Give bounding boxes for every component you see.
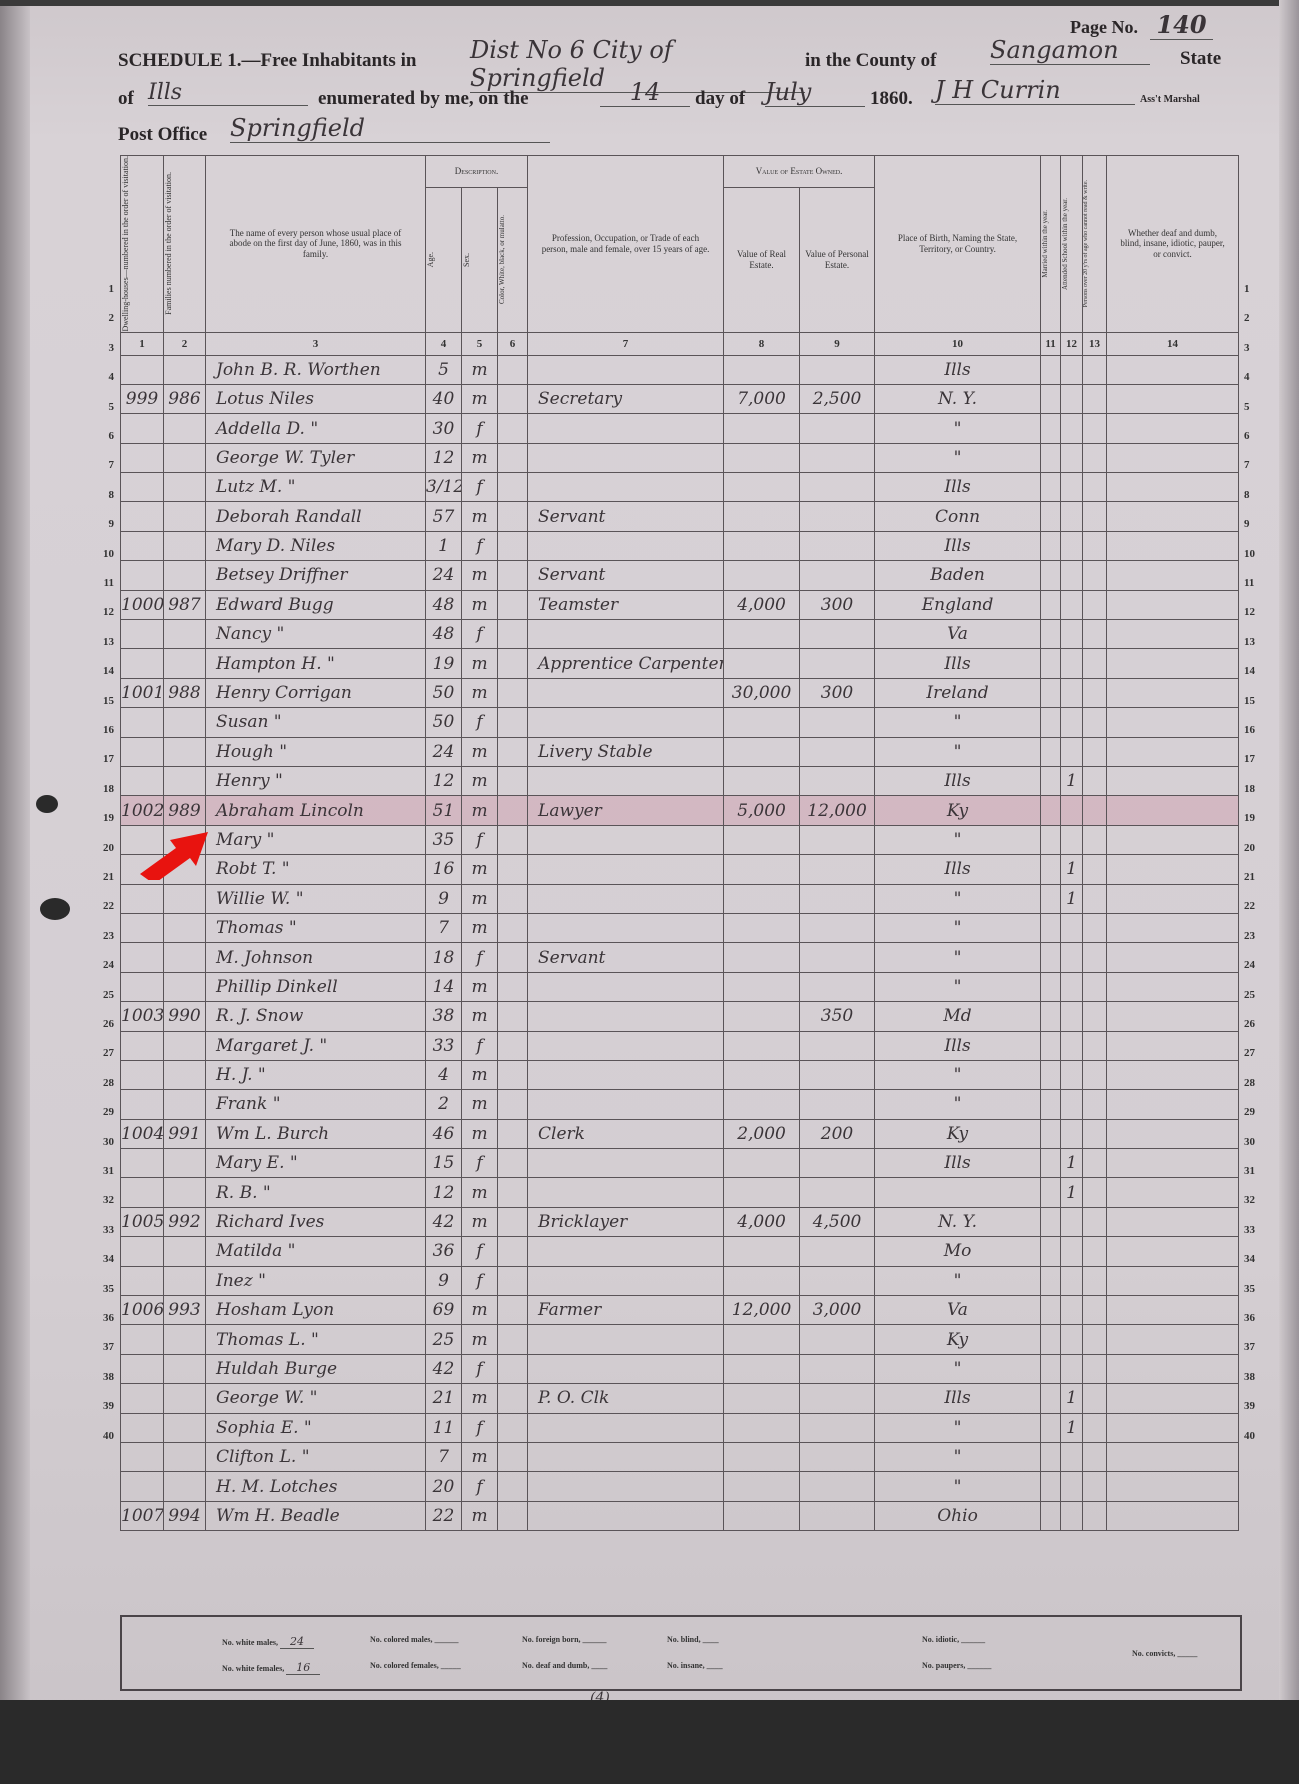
illiterate-cell xyxy=(1083,590,1107,619)
color-cell xyxy=(498,1119,528,1148)
illiterate-cell xyxy=(1083,943,1107,972)
married-cell xyxy=(1041,972,1061,1001)
real-estate-value-cell xyxy=(724,884,800,913)
occupation-cell xyxy=(528,1031,724,1060)
line-number-left: 3 xyxy=(88,342,114,354)
line-number-left: 25 xyxy=(88,989,114,1001)
scan-bottom-edge xyxy=(0,1700,1299,1784)
col-personal-estate-header: Value of Personal Estate. xyxy=(800,188,875,332)
color-cell xyxy=(498,943,528,972)
line-number-left: 34 xyxy=(88,1253,114,1265)
day-of-label: day of xyxy=(695,88,745,110)
family-number-cell xyxy=(164,1384,206,1413)
age-cell: 48 xyxy=(426,590,462,619)
census-row: Robt T. "16mIlls1 xyxy=(121,855,1239,884)
married-cell xyxy=(1041,737,1061,766)
illiterate-cell xyxy=(1083,1002,1107,1031)
census-row: 1002989Abraham Lincoln51mLawyer5,00012,0… xyxy=(121,796,1239,825)
census-row: Willie W. "9m"1 xyxy=(121,884,1239,913)
insane-label: No. insane, xyxy=(667,1661,705,1670)
married-cell xyxy=(1041,1325,1061,1354)
occupation-cell xyxy=(528,708,724,737)
census-row: Lutz M. "3/12fIlls xyxy=(121,473,1239,502)
line-number-right: 30 xyxy=(1244,1136,1270,1148)
illiterate-cell xyxy=(1083,1354,1107,1383)
age-cell: 38 xyxy=(426,1002,462,1031)
real-estate-value-cell xyxy=(724,1002,800,1031)
census-row: 1006993Hosham Lyon69mFarmer12,0003,000Va xyxy=(121,1296,1239,1325)
person-name-cell: Addella D. " xyxy=(206,414,426,443)
dwelling-number-cell xyxy=(121,649,164,678)
illiterate-cell xyxy=(1083,1237,1107,1266)
personal-estate-value-cell xyxy=(800,1325,875,1354)
attended-school-cell xyxy=(1061,796,1083,825)
married-cell xyxy=(1041,767,1061,796)
line-number-right: 16 xyxy=(1244,724,1270,736)
colored-females-label: No. colored females, xyxy=(370,1661,439,1670)
birthplace-cell: " xyxy=(875,913,1041,942)
color-cell xyxy=(498,1178,528,1207)
footer-tally: No. white males, 24 No. white females, 1… xyxy=(120,1615,1242,1691)
color-cell xyxy=(498,1384,528,1413)
line-number-left: 13 xyxy=(88,636,114,648)
occupation-cell xyxy=(528,355,724,384)
age-cell: 7 xyxy=(426,913,462,942)
illiterate-cell xyxy=(1083,855,1107,884)
attended-school-cell xyxy=(1061,913,1083,942)
color-cell xyxy=(498,1472,528,1501)
disability-cell xyxy=(1107,943,1239,972)
illiterate-cell xyxy=(1083,678,1107,707)
birthplace-cell: Ills xyxy=(875,531,1041,560)
attended-school-cell xyxy=(1061,384,1083,413)
color-cell xyxy=(498,414,528,443)
age-cell: 1 xyxy=(426,531,462,560)
real-estate-value-cell xyxy=(724,1472,800,1501)
illiterate-cell xyxy=(1083,414,1107,443)
sex-cell: f xyxy=(462,943,498,972)
occupation-cell xyxy=(528,1149,724,1178)
family-number-cell: 988 xyxy=(164,678,206,707)
convicts-label: No. convicts, xyxy=(1132,1649,1175,1658)
real-estate-value-cell: 4,000 xyxy=(724,1207,800,1236)
illiterate-cell xyxy=(1083,1384,1107,1413)
sex-cell: f xyxy=(462,473,498,502)
disability-cell xyxy=(1107,355,1239,384)
family-number-cell xyxy=(164,737,206,766)
line-number-right: 35 xyxy=(1244,1283,1270,1295)
age-cell: 5 xyxy=(426,355,462,384)
county-label: in the County of xyxy=(805,50,936,72)
occupation-cell: Servant xyxy=(528,502,724,531)
age-cell: 9 xyxy=(426,884,462,913)
census-row: John B. R. Worthen5mIlls xyxy=(121,355,1239,384)
person-name-cell: Hosham Lyon xyxy=(206,1296,426,1325)
real-estate-value-cell xyxy=(724,972,800,1001)
sex-cell: f xyxy=(462,825,498,854)
birthplace-cell: Ills xyxy=(875,473,1041,502)
personal-estate-value-cell xyxy=(800,972,875,1001)
occupation-cell xyxy=(528,473,724,502)
attended-school-cell xyxy=(1061,1354,1083,1383)
person-name-cell: John B. R. Worthen xyxy=(206,355,426,384)
line-number-left: 9 xyxy=(88,518,114,530)
dwelling-number-cell: 1002 xyxy=(121,796,164,825)
attended-school-cell: 1 xyxy=(1061,1178,1083,1207)
color-cell xyxy=(498,384,528,413)
occupation-cell xyxy=(528,1237,724,1266)
illiterate-cell xyxy=(1083,473,1107,502)
person-name-cell: Willie W. " xyxy=(206,884,426,913)
birthplace-cell: Ky xyxy=(875,1119,1041,1148)
disability-cell xyxy=(1107,1296,1239,1325)
family-number-cell xyxy=(164,1354,206,1383)
age-cell: 51 xyxy=(426,796,462,825)
birthplace-cell: Baden xyxy=(875,561,1041,590)
dwelling-number-cell xyxy=(121,531,164,560)
disability-cell xyxy=(1107,1413,1239,1442)
line-number-right: 14 xyxy=(1244,665,1270,677)
col-real-estate-header: Value of Real Estate. xyxy=(724,188,800,332)
dwelling-number-cell xyxy=(121,502,164,531)
married-cell xyxy=(1041,1384,1061,1413)
disability-cell xyxy=(1107,1002,1239,1031)
person-name-cell: Robt T. " xyxy=(206,855,426,884)
person-name-cell: Frank " xyxy=(206,1090,426,1119)
real-estate-value-cell xyxy=(724,825,800,854)
family-number-cell xyxy=(164,884,206,913)
illiterate-cell xyxy=(1083,913,1107,942)
dwelling-number-cell xyxy=(121,1354,164,1383)
person-name-cell: Wm H. Beadle xyxy=(206,1501,426,1530)
person-name-cell: H. J. " xyxy=(206,1060,426,1089)
sex-cell: m xyxy=(462,1119,498,1148)
sex-cell: m xyxy=(462,1501,498,1530)
married-cell xyxy=(1041,620,1061,649)
line-number-right: 36 xyxy=(1244,1312,1270,1324)
line-number-right: 3 xyxy=(1244,342,1270,354)
birthplace-cell: Ky xyxy=(875,1325,1041,1354)
birthplace-cell: Ills xyxy=(875,1031,1041,1060)
real-estate-value-cell xyxy=(724,708,800,737)
disability-cell xyxy=(1107,1501,1239,1530)
census-row: Frank "2m" xyxy=(121,1090,1239,1119)
family-number-cell xyxy=(164,1325,206,1354)
attended-school-cell xyxy=(1061,1472,1083,1501)
birthplace-cell: Ills xyxy=(875,649,1041,678)
birthplace-cell: Ills xyxy=(875,767,1041,796)
line-number-left: 28 xyxy=(88,1077,114,1089)
occupation-cell: Livery Stable xyxy=(528,737,724,766)
married-cell xyxy=(1041,884,1061,913)
age-cell: 25 xyxy=(426,1325,462,1354)
census-row: Clifton L. "7m" xyxy=(121,1442,1239,1471)
line-number-right: 33 xyxy=(1244,1224,1270,1236)
person-name-cell: Richard Ives xyxy=(206,1207,426,1236)
person-name-cell: R. B. " xyxy=(206,1178,426,1207)
birthplace-cell xyxy=(875,1178,1041,1207)
illiterate-cell xyxy=(1083,1031,1107,1060)
real-estate-value-cell xyxy=(724,414,800,443)
personal-estate-value-cell xyxy=(800,767,875,796)
color-cell xyxy=(498,1413,528,1442)
age-cell: 7 xyxy=(426,1442,462,1471)
value-group-header: Value of Estate Owned. xyxy=(724,156,875,188)
dwelling-number-cell xyxy=(121,972,164,1001)
line-number-right: 5 xyxy=(1244,401,1270,413)
disability-cell xyxy=(1107,502,1239,531)
family-number-cell xyxy=(164,943,206,972)
age-cell: 24 xyxy=(426,737,462,766)
person-name-cell: Inez " xyxy=(206,1266,426,1295)
birthplace-cell: " xyxy=(875,1090,1041,1119)
married-cell xyxy=(1041,384,1061,413)
color-cell xyxy=(498,737,528,766)
disability-cell xyxy=(1107,1149,1239,1178)
col-dwelling-header: Dwelling-houses—numbered in the order of… xyxy=(121,156,131,332)
occupation-cell: P. O. Clk xyxy=(528,1384,724,1413)
census-row: M. Johnson18fServant" xyxy=(121,943,1239,972)
disability-cell xyxy=(1107,473,1239,502)
occupation-cell: Servant xyxy=(528,943,724,972)
line-number-left: 22 xyxy=(88,900,114,912)
illiterate-cell xyxy=(1083,649,1107,678)
age-cell: 9 xyxy=(426,1266,462,1295)
color-cell xyxy=(498,825,528,854)
line-number-right: 27 xyxy=(1244,1047,1270,1059)
real-estate-value-cell xyxy=(724,561,800,590)
attended-school-cell xyxy=(1061,1002,1083,1031)
line-number-right: 8 xyxy=(1244,489,1270,501)
sex-cell: f xyxy=(462,1149,498,1178)
personal-estate-value-cell xyxy=(800,1384,875,1413)
line-number-left: 5 xyxy=(88,401,114,413)
occupation-cell: Servant xyxy=(528,561,724,590)
dwelling-number-cell xyxy=(121,708,164,737)
sex-cell: f xyxy=(462,414,498,443)
marshal-label: Ass't Marshal xyxy=(1140,94,1200,105)
sex-cell: m xyxy=(462,1090,498,1119)
married-cell xyxy=(1041,1296,1061,1325)
illiterate-cell xyxy=(1083,1119,1107,1148)
census-row: H. J. "4m" xyxy=(121,1060,1239,1089)
dwelling-number-cell: 1007 xyxy=(121,1501,164,1530)
blind-label: No. blind, xyxy=(667,1635,701,1644)
person-name-cell: Edward Bugg xyxy=(206,590,426,619)
birthplace-cell: Mo xyxy=(875,1237,1041,1266)
married-cell xyxy=(1041,502,1061,531)
married-cell xyxy=(1041,825,1061,854)
attended-school-cell: 1 xyxy=(1061,855,1083,884)
family-number-cell xyxy=(164,502,206,531)
line-number-left: 29 xyxy=(88,1106,114,1118)
personal-estate-value-cell xyxy=(800,708,875,737)
real-estate-value-cell xyxy=(724,473,800,502)
personal-estate-value-cell xyxy=(800,1178,875,1207)
dwelling-number-cell xyxy=(121,1031,164,1060)
line-number-right: 37 xyxy=(1244,1341,1270,1353)
person-name-cell: Mary D. Niles xyxy=(206,531,426,560)
married-cell xyxy=(1041,1266,1061,1295)
personal-estate-value-cell: 12,000 xyxy=(800,796,875,825)
real-estate-value-cell xyxy=(724,502,800,531)
birthplace-cell: " xyxy=(875,943,1041,972)
line-number-right: 13 xyxy=(1244,636,1270,648)
person-name-cell: Margaret J. " xyxy=(206,1031,426,1060)
attended-school-cell xyxy=(1061,1031,1083,1060)
month-value: July xyxy=(765,78,865,107)
illiterate-cell xyxy=(1083,737,1107,766)
dwelling-number-cell: 999 xyxy=(121,384,164,413)
age-cell: 69 xyxy=(426,1296,462,1325)
real-estate-value-cell xyxy=(724,737,800,766)
line-number-right: 28 xyxy=(1244,1077,1270,1089)
line-number-right: 1 xyxy=(1244,283,1270,295)
attended-school-cell: 1 xyxy=(1061,1149,1083,1178)
illiterate-cell xyxy=(1083,884,1107,913)
dwelling-number-cell xyxy=(121,355,164,384)
real-estate-value-cell: 12,000 xyxy=(724,1296,800,1325)
dwelling-number-cell xyxy=(121,884,164,913)
line-number-left: 18 xyxy=(88,783,114,795)
personal-estate-value-cell xyxy=(800,825,875,854)
occupation-cell xyxy=(528,1442,724,1471)
census-row: Thomas "7m" xyxy=(121,913,1239,942)
attended-school-cell xyxy=(1061,972,1083,1001)
family-number-cell: 992 xyxy=(164,1207,206,1236)
color-cell xyxy=(498,767,528,796)
illiterate-cell xyxy=(1083,1413,1107,1442)
illiterate-cell xyxy=(1083,1090,1107,1119)
person-name-cell: Abraham Lincoln xyxy=(206,796,426,825)
sex-cell: f xyxy=(462,1354,498,1383)
family-number-cell xyxy=(164,913,206,942)
family-number-cell xyxy=(164,355,206,384)
dwelling-number-cell xyxy=(121,414,164,443)
illiterate-cell xyxy=(1083,1178,1107,1207)
sex-cell: m xyxy=(462,1207,498,1236)
line-number-left: 6 xyxy=(88,430,114,442)
age-cell: 12 xyxy=(426,767,462,796)
line-number-left: 23 xyxy=(88,930,114,942)
enumerated-label: enumerated by me, on the xyxy=(318,88,529,110)
line-number-left: 2 xyxy=(88,312,114,324)
age-cell: 3/12 xyxy=(426,473,462,502)
occupation-cell xyxy=(528,1002,724,1031)
attended-school-cell: 1 xyxy=(1061,1384,1083,1413)
personal-estate-value-cell xyxy=(800,1060,875,1089)
illiterate-cell xyxy=(1083,1442,1107,1471)
birthplace-cell: Ills xyxy=(875,355,1041,384)
age-cell: 22 xyxy=(426,1501,462,1530)
sex-cell: f xyxy=(462,1237,498,1266)
age-cell: 42 xyxy=(426,1207,462,1236)
occupation-cell xyxy=(528,913,724,942)
real-estate-value-cell xyxy=(724,355,800,384)
color-cell xyxy=(498,649,528,678)
dwelling-number-cell xyxy=(121,1266,164,1295)
line-number-left: 33 xyxy=(88,1224,114,1236)
married-cell xyxy=(1041,708,1061,737)
age-cell: 15 xyxy=(426,1149,462,1178)
real-estate-value-cell: 2,000 xyxy=(724,1119,800,1148)
sex-cell: f xyxy=(462,1472,498,1501)
dwelling-number-cell xyxy=(121,1060,164,1089)
disability-cell xyxy=(1107,796,1239,825)
person-name-cell: Hough " xyxy=(206,737,426,766)
person-name-cell: Nancy " xyxy=(206,620,426,649)
census-row: Henry "12mIlls1 xyxy=(121,767,1239,796)
age-cell: 16 xyxy=(426,855,462,884)
family-number-cell: 987 xyxy=(164,590,206,619)
person-name-cell: M. Johnson xyxy=(206,943,426,972)
occupation-cell xyxy=(528,443,724,472)
attended-school-cell xyxy=(1061,943,1083,972)
occupation-cell xyxy=(528,1413,724,1442)
personal-estate-value-cell xyxy=(800,1266,875,1295)
personal-estate-value-cell xyxy=(800,561,875,590)
age-cell: 14 xyxy=(426,972,462,1001)
illiterate-cell xyxy=(1083,708,1107,737)
col-illiterate-header: Persons over 20 y'rs of age who cannot r… xyxy=(1083,180,1090,307)
illiterate-cell xyxy=(1083,1266,1107,1295)
personal-estate-value-cell xyxy=(800,1237,875,1266)
age-cell: 21 xyxy=(426,1384,462,1413)
dwelling-number-cell xyxy=(121,1472,164,1501)
occupation-cell xyxy=(528,1325,724,1354)
person-name-cell: Betsey Driffner xyxy=(206,561,426,590)
occupation-cell xyxy=(528,1090,724,1119)
col-disability-header: Whether deaf and dumb, blind, insane, id… xyxy=(1107,156,1239,333)
census-row: 1007994Wm H. Beadle22mOhio xyxy=(121,1501,1239,1530)
illiterate-cell xyxy=(1083,384,1107,413)
occupation-cell: Lawyer xyxy=(528,796,724,825)
line-number-left: 20 xyxy=(88,842,114,854)
line-number-left: 17 xyxy=(88,753,114,765)
white-females-label: No. white females, xyxy=(222,1664,284,1673)
scan-edge xyxy=(0,0,1299,6)
birthplace-cell: " xyxy=(875,737,1041,766)
disability-cell xyxy=(1107,561,1239,590)
disability-cell xyxy=(1107,414,1239,443)
col-school-header: Attended School within the year. xyxy=(1061,198,1069,290)
occupation-cell xyxy=(528,678,724,707)
attended-school-cell xyxy=(1061,708,1083,737)
line-number-right: 38 xyxy=(1244,1371,1270,1383)
birthplace-cell: Conn xyxy=(875,502,1041,531)
sex-cell: m xyxy=(462,1002,498,1031)
dwelling-number-cell xyxy=(121,1178,164,1207)
married-cell xyxy=(1041,1002,1061,1031)
disability-cell xyxy=(1107,590,1239,619)
line-number-left: 30 xyxy=(88,1136,114,1148)
married-cell xyxy=(1041,1442,1061,1471)
occupation-cell: Farmer xyxy=(528,1296,724,1325)
col-name-header: The name of every person whose usual pla… xyxy=(206,156,426,333)
age-cell: 36 xyxy=(426,1237,462,1266)
birthplace-cell: England xyxy=(875,590,1041,619)
married-cell xyxy=(1041,1178,1061,1207)
birthplace-cell: N. Y. xyxy=(875,1207,1041,1236)
illiterate-cell xyxy=(1083,1501,1107,1530)
illiterate-cell xyxy=(1083,502,1107,531)
dwelling-number-cell xyxy=(121,943,164,972)
real-estate-value-cell xyxy=(724,1149,800,1178)
pointer-arrow-icon xyxy=(140,830,220,880)
married-cell xyxy=(1041,1119,1061,1148)
person-name-cell: George W. " xyxy=(206,1384,426,1413)
color-cell xyxy=(498,1442,528,1471)
